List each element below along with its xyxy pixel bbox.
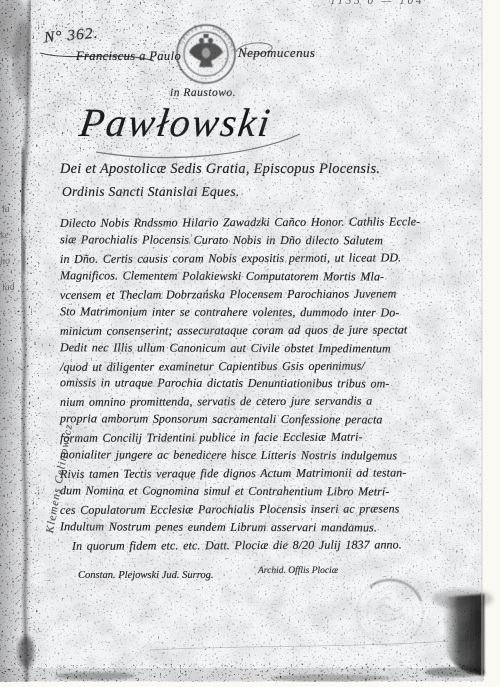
letterhead-place-line: in Raustowo. [170,87,236,99]
document-number: N° 362. [43,25,99,48]
bishop-surname-calligraphy: Pawłowski [77,99,275,146]
body-line: in Dño. Certis causis coram Nobis exposi… [60,249,478,269]
body-line: /quod ut diligenter examinetur Capientib… [60,357,478,377]
body-line: Dedit nec Illis ullum Canonicum aut Civi… [60,339,478,358]
body-line-dateline: In quorum fidem etc. etc. Datt. Plociæ d… [60,536,478,556]
body-line: omissis in utraque Parochia dictatis Den… [60,375,478,394]
margin-fragment: lad [1,281,15,294]
fold-crease-line [22,0,30,687]
archival-page-number: 1135 0 — 104 [330,0,424,7]
body-line: propria amborum Sponsorum sacramentali C… [60,411,478,430]
body-line: monialiter jungere ac benedicere hisce L… [60,446,478,465]
scanned-document-page: 1135 0 — 104 N° 362. Franciscus a Paulo … [0,0,500,687]
body-line: Magnificos. Clementem Polakiewski Comput… [60,267,478,286]
double-headed-eagle-icon [189,34,223,67]
body-line: Indultum Nostrum penes eundem Librum ass… [60,518,478,537]
curled-corner-shadow [443,594,484,676]
faint-round-stamp-icon [348,570,432,654]
svg-text:GROSZY · DZIESIĘĆ ·: GROSZY · DZIESIĘĆ · [179,24,238,60]
margin-fragment: ke [0,229,10,241]
secretary-signature: Constan. Plejowski Jud. Surrog. [78,570,214,581]
letterhead-name-left: Franciscus a Paulo [76,49,181,64]
seal-rim-text: GROSZY · DZIESIĘĆ · [179,24,238,60]
bishop-title-line-1: Dei et Apostolicæ Sedis Gratia, Episcopu… [60,161,380,178]
margin-fragment: la [1,204,10,216]
body-line: formam Concilij Tridentini publice in fa… [60,428,478,448]
scan-bottom-margin [0,682,500,687]
body-line: Sto Matrimonium inter se contrahere vole… [60,303,478,322]
letterhead-name-right: Nepomucenus [238,45,315,61]
bottom-crease-line [150,641,448,650]
margin-fragment: ho [0,255,11,267]
left-fold-shadow [0,0,34,687]
bottom-scan-band [0,668,484,681]
body-line: Dilecto Nobis Rndssmo Hilario Zawadzki C… [60,213,478,233]
body-line: ces Copulatorum Ecclesiæ Parochialis Plo… [60,500,478,520]
official-annotation: Archid. Offlis Plociæ [258,566,338,576]
body-line: Rivis tamen Tectis veraque fide dignos A… [60,464,478,484]
body-line: dum Nomina et Cognomina simul et Contrah… [60,482,478,501]
body-line: siæ Parochialis Plocensis Curato Nobis i… [60,231,478,250]
bishop-title-line-2: Ordinis Sancti Stanislai Eques. [62,184,240,200]
imperial-eagle-revenue-stamp-icon: GROSZY · DZIESIĘĆ · [172,22,240,90]
body-line: nium omnino promittenda, servatis de cet… [60,392,478,412]
body-line: vcensem et Theclam Dobrzańska Plocensem … [60,285,478,305]
body-line: minicum consenserint; assecurataque cora… [60,321,478,341]
body-text: Dilecto Nobis Rndssmo Hilario Zawadzki C… [60,214,478,555]
